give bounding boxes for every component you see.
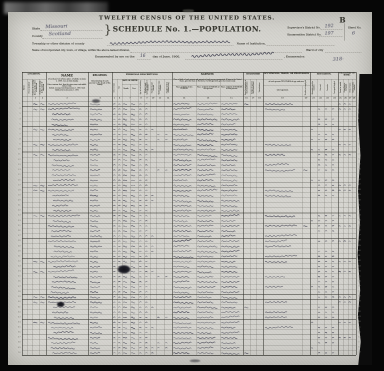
handwriting-stroke [33, 216, 37, 217]
handwriting-stroke [344, 226, 346, 227]
handwriting-stroke [151, 271, 153, 272]
handwriting-stroke [173, 164, 191, 165]
line-number: 28 [358, 239, 365, 241]
handwriting-stroke [325, 251, 327, 252]
handwriting-stroke [339, 190, 341, 191]
handwriting-stroke [118, 348, 120, 349]
handwriting-stroke [118, 226, 120, 227]
handwriting-stroke [197, 133, 213, 135]
handwriting-stroke [197, 210, 215, 211]
handwriting-stroke [40, 109, 44, 110]
line-number: 20 [358, 199, 365, 201]
handwriting-stroke [221, 240, 239, 242]
handwriting-stroke [325, 180, 327, 181]
handwriting-stroke [90, 180, 98, 181]
handwriting-stroke [113, 144, 115, 145]
column-sub-label: Naturalization [256, 80, 263, 96]
handwriting-stroke [221, 154, 237, 156]
handwriting-stroke [51, 327, 73, 328]
handwriting-stroke [311, 180, 313, 181]
handwriting-stroke [139, 256, 141, 257]
handwriting-stroke [123, 347, 127, 348]
handwriting-stroke [318, 343, 320, 344]
handwriting-stroke [118, 307, 120, 308]
handwriting-stroke [221, 307, 235, 308]
handwriting-stroke [265, 144, 291, 145]
handwriting-stroke [173, 114, 189, 115]
handwriting-stroke [221, 139, 235, 141]
handwriting-stroke [344, 241, 346, 242]
handwriting-stroke [145, 347, 147, 348]
handwriting-stroke [52, 205, 68, 207]
handwriting-stroke [118, 246, 120, 247]
handwriting-stroke [118, 297, 120, 298]
handwriting-stroke [173, 103, 189, 104]
handwriting-stroke [139, 226, 141, 227]
line-number: 7 [358, 132, 365, 134]
handwriting-stroke [221, 113, 237, 114]
handwriting-stroke [113, 210, 115, 211]
handwriting-stroke [221, 261, 235, 262]
handwriting-stroke [197, 286, 215, 287]
column-header-text: 17 [250, 97, 256, 99]
handwriting-stroke [318, 352, 320, 353]
handwriting-stroke [139, 114, 141, 115]
line-number: 48 [358, 341, 365, 343]
handwriting-stroke [40, 155, 44, 156]
ink-blot [92, 99, 101, 103]
handwriting-stroke [123, 119, 127, 120]
handwriting-stroke [221, 291, 239, 293]
handwriting-stroke [332, 119, 334, 120]
handwriting-stroke [131, 205, 135, 206]
handwriting-stroke [221, 175, 237, 177]
handwriting-stroke [173, 149, 193, 150]
column-header-text: Place of birth of FATHER of this person [197, 86, 220, 90]
handwriting-stroke [145, 129, 147, 130]
handwriting-stroke [173, 287, 191, 288]
handwriting-stroke [197, 246, 217, 247]
handwriting-stroke [145, 149, 147, 150]
ink-blot [189, 359, 200, 362]
handwriting-stroke [197, 322, 215, 323]
handwriting-stroke [145, 160, 147, 161]
handwriting-stroke [54, 246, 74, 248]
scan-page-wrapper: TWELFTH CENSUS OF THE UNITED STATES. B S… [0, 0, 384, 371]
handwriting-stroke [33, 272, 37, 273]
handwriting-stroke [113, 286, 115, 287]
handwriting-stroke [90, 286, 100, 287]
column-sub-label: Can read [317, 80, 324, 96]
handwriting-stroke [40, 144, 44, 145]
handwriting-stroke [131, 322, 135, 323]
handwriting-stroke [197, 347, 213, 348]
handwriting-stroke [131, 337, 135, 338]
handwriting-stroke [344, 261, 346, 262]
handwriting-stroke [139, 195, 141, 196]
handwriting-stroke [48, 103, 76, 105]
line-number: 22 [358, 209, 365, 211]
handwriting-stroke [197, 307, 217, 309]
handwriting-stroke [221, 311, 239, 312]
handwriting-stroke [325, 160, 327, 161]
handwriting-stroke [123, 322, 127, 323]
column-sub-label: Can speak English [331, 80, 338, 96]
handwriting-stroke [318, 317, 320, 318]
handwriting-stroke [197, 185, 215, 187]
handwriting-stroke [173, 245, 189, 246]
handwriting-stroke [90, 216, 100, 217]
handwriting-stroke [118, 241, 120, 242]
handwriting-stroke [90, 190, 98, 191]
handwriting-stroke [48, 144, 78, 146]
handwriting-stroke [311, 348, 313, 349]
handwriting-stroke [48, 129, 74, 131]
handwriting-stroke [332, 220, 334, 221]
handwriting-stroke [131, 246, 135, 247]
line-number: 15 [358, 173, 365, 175]
handwriting-stroke [131, 241, 135, 242]
handwriting-stroke [339, 297, 341, 298]
handwriting-stroke [265, 163, 289, 165]
handwriting-stroke [118, 256, 120, 257]
column-header-text: CITIZENSHIP. [243, 73, 263, 75]
column-header-text: NAME [46, 74, 88, 78]
handwriting-stroke [197, 337, 215, 338]
handwriting-stroke [123, 317, 127, 318]
handwriting-stroke [131, 175, 135, 176]
handwriting-stroke [51, 292, 69, 294]
handwriting-stroke [145, 251, 147, 252]
handwriting-stroke [339, 337, 341, 338]
handwriting-stroke [131, 277, 135, 278]
line-number: 27 [358, 234, 365, 236]
handwriting-stroke [157, 343, 159, 344]
handwriting-stroke [131, 231, 135, 232]
handwriting-stroke [221, 200, 239, 201]
handwriting-stroke [40, 297, 44, 298]
handwriting-stroke [339, 302, 341, 303]
handwriting-stroke [221, 144, 237, 146]
handwriting-stroke [90, 175, 100, 176]
handwriting-stroke [113, 180, 115, 181]
handwriting-stroke [131, 134, 135, 135]
handwriting-stroke [123, 144, 127, 145]
line-number: 1 [358, 102, 365, 104]
handwriting-stroke [197, 154, 217, 156]
handwriting-stroke [157, 347, 159, 348]
handwriting-stroke [221, 230, 235, 231]
handwriting-stroke [131, 165, 135, 166]
handwriting-stroke [40, 302, 44, 303]
handwriting-stroke [113, 266, 115, 267]
handwriting-stroke [221, 316, 239, 318]
handwriting-stroke [325, 149, 327, 150]
handwriting-stroke [151, 327, 153, 328]
handwriting-stroke [90, 134, 102, 135]
handwriting-stroke [139, 180, 141, 181]
line-number: 14 [358, 168, 365, 170]
handwriting-stroke [197, 174, 215, 176]
line-number: 10 [358, 148, 365, 150]
handwriting-stroke [139, 170, 141, 171]
handwriting-stroke [118, 165, 120, 166]
handwriting-stroke [123, 190, 127, 191]
handwriting-stroke [325, 231, 327, 232]
handwriting-stroke [344, 104, 346, 105]
handwriting-stroke [145, 114, 147, 115]
handwriting-stroke [265, 225, 297, 227]
handwriting-stroke [344, 338, 346, 339]
handwriting-stroke [123, 155, 127, 156]
handwriting-stroke [118, 114, 120, 115]
handwriting-stroke [123, 241, 127, 242]
handwriting-stroke [325, 297, 327, 298]
column-header-text: EDUCATION. [310, 73, 338, 75]
handwriting-stroke [173, 342, 191, 344]
handwriting-stroke [118, 170, 120, 171]
handwriting-stroke [151, 200, 153, 201]
handwriting-stroke [145, 307, 147, 308]
handwriting-stroke [332, 154, 334, 155]
handwriting-stroke [139, 277, 141, 278]
handwriting-stroke [53, 139, 71, 140]
handwriting-stroke [145, 145, 147, 146]
handwriting-stroke [118, 119, 120, 120]
column-header-text: 13 [181, 97, 187, 99]
handwriting-stroke [173, 221, 187, 223]
line-number: 41 [358, 305, 365, 307]
handwriting-stroke [123, 297, 127, 298]
column-header-text: NATIVITY. [172, 73, 243, 76]
handwriting-stroke [131, 155, 135, 156]
handwriting-stroke [197, 302, 213, 303]
handwriting-stroke [173, 240, 191, 242]
handwriting-stroke [325, 332, 327, 333]
handwriting-stroke [131, 353, 135, 354]
handwriting-stroke [173, 205, 191, 206]
handwriting-stroke [145, 134, 147, 135]
handwriting-stroke [197, 281, 217, 282]
handwriting-stroke [145, 297, 147, 298]
handwriting-stroke [123, 221, 127, 222]
handwriting-stroke [325, 241, 327, 242]
column-header-text: Occupation [263, 89, 302, 91]
handwriting-stroke [118, 337, 120, 338]
handwriting-stroke [173, 332, 193, 334]
ink-blot [57, 302, 65, 307]
line-number: 3 [358, 112, 365, 114]
column-sub-label: Year of immigration to the United States [243, 80, 250, 96]
handwriting-stroke [131, 221, 135, 222]
handwriting-stroke [123, 277, 127, 278]
handwriting-stroke [173, 185, 191, 187]
handwriting-stroke [173, 124, 189, 125]
handwriting-stroke [113, 129, 115, 130]
handwriting-stroke [90, 271, 98, 272]
column-header-text: 7 [127, 97, 133, 99]
handwriting-stroke [90, 149, 98, 150]
handwriting-stroke [197, 332, 211, 333]
column-sub-label: Attended school (in months) [310, 80, 317, 96]
handwriting-stroke [53, 266, 75, 268]
handwriting-stroke [349, 190, 351, 191]
handwriting-stroke [318, 195, 320, 196]
handwriting-stroke [197, 205, 213, 206]
column-header-text: 3 [64, 97, 70, 99]
handwriting-stroke [197, 312, 213, 313]
column-header-text: 22 [317, 97, 323, 99]
handwriting-stroke [113, 276, 115, 277]
handwriting-stroke [151, 307, 153, 308]
handwriting-stroke [90, 185, 98, 186]
handwriting-stroke [197, 225, 213, 226]
handwriting-stroke [145, 332, 147, 333]
handwriting-stroke [51, 256, 75, 258]
handwriting-stroke [265, 190, 293, 192]
handwriting-stroke [139, 104, 141, 105]
handwriting-stroke [123, 337, 127, 338]
handwriting-stroke [123, 231, 127, 232]
handwriting-stroke [52, 149, 70, 151]
handwriting-stroke [332, 231, 334, 232]
handwriting-stroke [145, 221, 147, 222]
handwriting-stroke [145, 170, 147, 171]
handwriting-stroke [325, 287, 327, 288]
handwriting-stroke [325, 312, 327, 313]
handwriting-stroke [318, 150, 320, 151]
handwriting-stroke [90, 129, 98, 130]
column-sub-label: Number of farm schedule [352, 80, 356, 96]
column-header-text: 21 [310, 97, 316, 99]
handwriting-stroke [113, 241, 115, 242]
handwriting-stroke [221, 327, 235, 328]
line-number: 24 [358, 219, 365, 221]
handwriting-stroke [332, 226, 334, 227]
handwriting-stroke [265, 261, 287, 262]
handwriting-stroke [113, 353, 115, 354]
handwriting-stroke [318, 170, 320, 171]
handwriting-stroke [113, 251, 115, 252]
handwriting-stroke [145, 139, 147, 140]
handwriting-stroke [123, 104, 127, 105]
handwriting-stroke [113, 165, 115, 166]
handwriting-stroke [113, 150, 115, 151]
handwriting-stroke [33, 185, 37, 186]
handwriting-stroke [325, 170, 327, 171]
handwriting-stroke [173, 129, 187, 130]
handwriting-stroke [139, 119, 141, 120]
column-header-text: Place of birth of MOTHER of this person [221, 86, 243, 90]
handwriting-stroke [139, 281, 141, 282]
handwriting-stroke [48, 225, 74, 227]
handwriting-stroke [197, 169, 213, 170]
handwriting-stroke [318, 139, 320, 140]
handwriting-stroke [54, 160, 70, 161]
handwriting-stroke [173, 297, 191, 298]
handwriting-stroke [118, 292, 120, 293]
handwriting-stroke [139, 205, 141, 206]
handwriting-stroke [131, 216, 135, 217]
handwriting-stroke [173, 250, 191, 251]
handwriting-stroke [318, 266, 320, 267]
column-header-text: PERSONAL DESCRIPTION. [112, 73, 172, 75]
handwriting-stroke [131, 287, 135, 288]
handwriting-stroke [48, 322, 80, 324]
handwriting-stroke [332, 327, 334, 328]
handwriting-stroke [332, 337, 334, 338]
handwriting-stroke [51, 230, 71, 232]
handwriting-stroke [118, 149, 120, 150]
handwriting-stroke [131, 104, 135, 105]
handwriting-stroke [221, 123, 235, 125]
handwriting-stroke [318, 124, 320, 125]
line-number: 26 [358, 229, 365, 231]
handwriting-stroke [318, 216, 320, 217]
handwriting-stroke [197, 159, 215, 160]
column-header-text: 12 [165, 97, 171, 99]
handwriting-stroke [197, 272, 211, 273]
handwriting-stroke [349, 261, 351, 262]
handwriting-stroke [90, 230, 100, 231]
handwriting-stroke [139, 185, 141, 186]
handwriting-stroke [139, 134, 141, 135]
handwriting-stroke [318, 165, 320, 166]
handwriting-stroke [197, 165, 215, 166]
handwriting-stroke [221, 281, 239, 282]
handwriting-stroke [173, 215, 189, 216]
handwriting-stroke [173, 235, 189, 237]
handwriting-stroke [145, 200, 147, 201]
handwriting-stroke [145, 282, 147, 283]
line-number: 19 [358, 193, 365, 195]
handwriting-stroke [318, 251, 320, 252]
line-number: 46 [358, 331, 365, 333]
handwriting-stroke [145, 185, 147, 186]
handwriting-stroke [173, 347, 191, 349]
handwriting-stroke [145, 165, 147, 166]
handwriting-stroke [90, 317, 98, 318]
handwriting-stroke [265, 326, 293, 328]
handwriting-stroke [303, 226, 307, 227]
line-number: 12 [358, 158, 365, 160]
handwriting-stroke [145, 119, 147, 120]
handwriting-stroke [145, 216, 147, 217]
handwriting-stroke [123, 205, 127, 206]
handwriting-stroke [90, 160, 98, 161]
handwriting-stroke [173, 200, 191, 202]
handwriting-stroke [221, 246, 239, 248]
handwriting-stroke [123, 134, 127, 135]
column-sub-label: Can write [324, 80, 331, 96]
handwriting-stroke [325, 342, 327, 343]
handwriting-stroke [332, 271, 334, 272]
handwriting-stroke [344, 190, 346, 191]
handwriting-stroke [151, 129, 153, 130]
handwriting-stroke [90, 119, 102, 120]
line-number: 4 [358, 117, 365, 119]
handwriting-stroke [197, 189, 217, 191]
handwriting-stroke [173, 139, 187, 140]
handwriting-stroke [139, 149, 141, 150]
handwriting-stroke [123, 180, 127, 181]
handwriting-stroke [151, 149, 153, 150]
handwriting-stroke [332, 292, 334, 293]
handwriting-stroke [318, 180, 320, 181]
handwriting-stroke [332, 180, 334, 181]
handwriting-stroke [113, 139, 115, 140]
handwriting-stroke [145, 241, 147, 242]
